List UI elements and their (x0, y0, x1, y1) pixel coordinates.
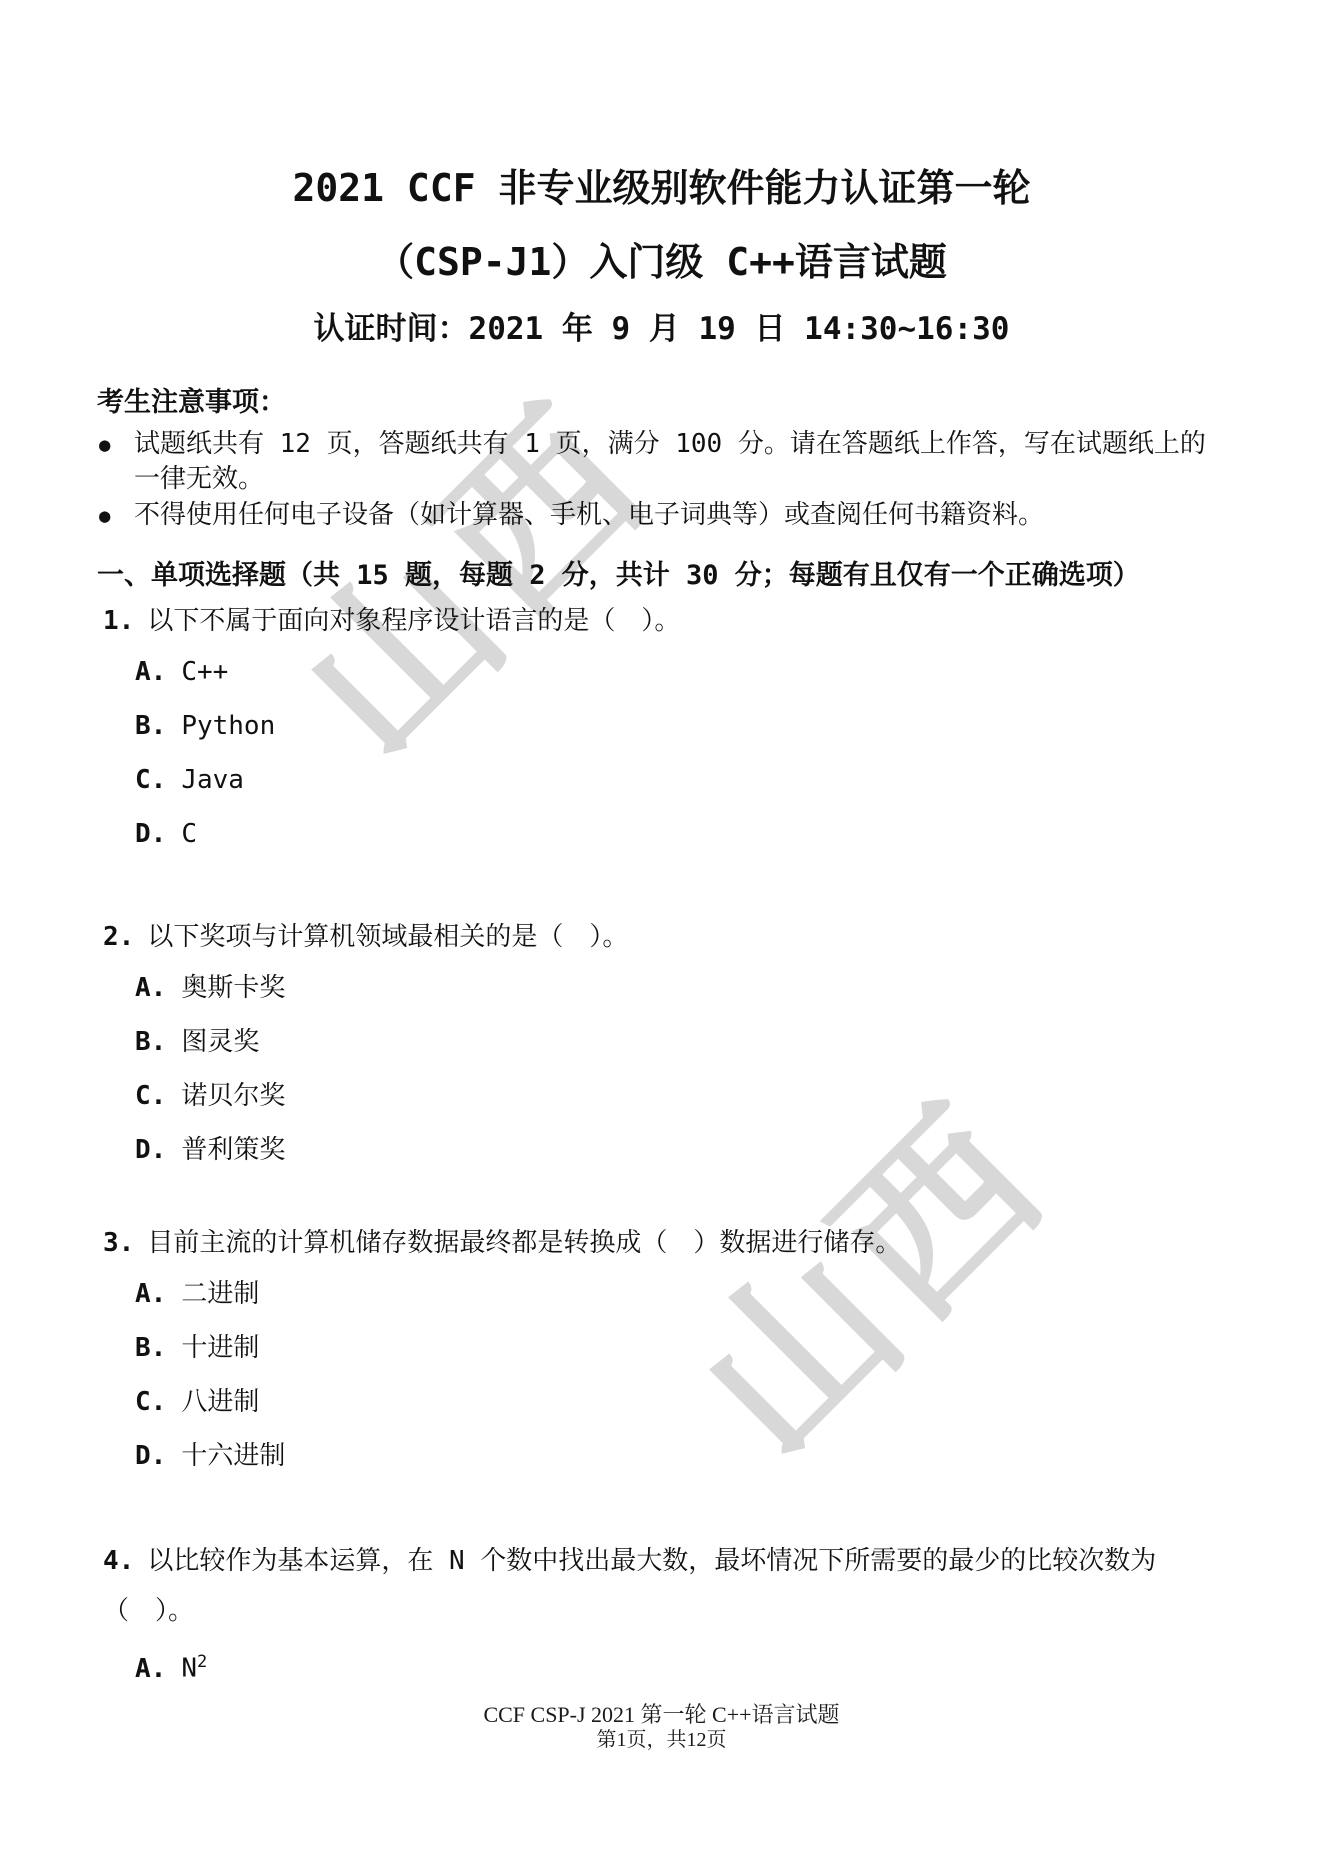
notice-heading: 考生注意事项： (97, 386, 1227, 420)
option-b: B.Python (135, 712, 1227, 740)
option-a: A.N2 (135, 1648, 1227, 1683)
question-1: 1.以下不属于面向对象程序设计语言的是（ ）。 A.C++ B.Python C… (103, 604, 1227, 874)
options-list: A.N2 (135, 1648, 1227, 1683)
option-b: B.图灵奖 (135, 1028, 1227, 1056)
option-letter: A. (135, 657, 166, 687)
question-text: 4.以比较作为基本运算，在 N 个数中找出最大数，最坏情况下所需要的最少的比较次… (103, 1544, 1227, 1578)
option-letter: D. (135, 1441, 166, 1471)
exam-time: 认证时间：2021 年 9 月 19 日 14:30~16:30 (0, 310, 1323, 348)
exam-paper-page: 山西 山西 2021 CCF 非专业级别软件能力认证第一轮 （CSP-J1）入门… (0, 0, 1323, 1871)
option-d: D.十六进制 (135, 1442, 1227, 1470)
option-text: C (181, 819, 197, 849)
question-number: 3. (103, 1228, 134, 1258)
option-c: C.Java (135, 766, 1227, 794)
option-text: 诺贝尔奖 (181, 1081, 285, 1111)
question-2: 2.以下奖项与计算机领域最相关的是（ ）。 A.奥斯卡奖 B.图灵奖 C.诺贝尔… (103, 920, 1227, 1190)
section-heading-single-choice: 一、单项选择题（共 15 题，每题 2 分，共计 30 分；每题有且仅有一个正确… (97, 558, 1227, 594)
page-content: 2021 CCF 非专业级别软件能力认证第一轮 （CSP-J1）入门级 C++语… (0, 0, 1323, 1871)
notice-item-text: 不得使用任何电子设备（如计算器、手机、电子词典等）或查阅任何书籍资料。 (134, 500, 1044, 530)
page-footer: CCF CSP-J 2021 第一轮 C++语言试题 第1页，共12页 (0, 1702, 1323, 1752)
question-number: 1. (103, 606, 134, 636)
option-d: D.普利策奖 (135, 1136, 1227, 1164)
question-text-continued: （ ）。 (103, 1594, 1227, 1628)
options-list: A.奥斯卡奖 B.图灵奖 C.诺贝尔奖 D.普利策奖 (135, 974, 1227, 1164)
options-list: A.二进制 B.十进制 C.八进制 D.十六进制 (135, 1280, 1227, 1470)
exam-title-line1: 2021 CCF 非专业级别软件能力认证第一轮 (0, 166, 1323, 210)
option-text: Java (181, 765, 244, 795)
option-text: 奥斯卡奖 (181, 973, 285, 1003)
option-letter: D. (135, 1135, 166, 1165)
question-text: 3.目前主流的计算机储存数据最终都是转换成（ ）数据进行储存。 (103, 1226, 1227, 1260)
option-d: D.C (135, 820, 1227, 848)
option-a: A.二进制 (135, 1280, 1227, 1308)
option-text: 二进制 (181, 1279, 259, 1309)
question-3: 3.目前主流的计算机储存数据最终都是转换成（ ）数据进行储存。 A.二进制 B.… (103, 1226, 1227, 1496)
option-letter: C. (135, 1081, 166, 1111)
option-letter: B. (135, 1027, 166, 1057)
question-stem: 以比较作为基本运算，在 N 个数中找出最大数，最坏情况下所需要的最少的比较次数为 (147, 1546, 1156, 1576)
option-a: A.奥斯卡奖 (135, 974, 1227, 1002)
question-4: 4.以比较作为基本运算，在 N 个数中找出最大数，最坏情况下所需要的最少的比较次… (103, 1544, 1227, 1709)
notice-item: ● 试题纸共有 12 页，答题纸共有 1 页，满分 100 分。请在答题纸上作答… (97, 427, 1227, 497)
option-text: 十六进制 (181, 1441, 285, 1471)
option-letter: A. (135, 1279, 166, 1309)
footer-page-number: 第1页，共12页 (0, 1728, 1323, 1752)
option-letter: C. (135, 765, 166, 795)
option-text: N (181, 1654, 197, 1684)
question-number: 2. (103, 922, 134, 952)
question-stem: 以下奖项与计算机领域最相关的是（ ）。 (147, 922, 628, 952)
question-text: 1.以下不属于面向对象程序设计语言的是（ ）。 (103, 604, 1227, 638)
option-a: A.C++ (135, 658, 1227, 686)
question-stem: 以下不属于面向对象程序设计语言的是（ ）。 (147, 606, 680, 636)
option-text: Python (181, 711, 275, 741)
option-letter: C. (135, 1387, 166, 1417)
notice-item: ● 不得使用任何电子设备（如计算器、手机、电子词典等）或查阅任何书籍资料。 (97, 498, 1227, 533)
bullet-icon: ● (99, 501, 110, 531)
exam-title-line2: （CSP-J1）入门级 C++语言试题 (0, 240, 1323, 284)
notice-item-text: 试题纸共有 12 页，答题纸共有 1 页，满分 100 分。请在答题纸上作答，写… (134, 429, 1206, 494)
question-stem: 目前主流的计算机储存数据最终都是转换成（ ）数据进行储存。 (147, 1228, 901, 1258)
option-letter: B. (135, 711, 166, 741)
option-text: 图灵奖 (181, 1027, 259, 1057)
option-letter: A. (135, 973, 166, 1003)
notice-section: 考生注意事项： ● 试题纸共有 12 页，答题纸共有 1 页，满分 100 分。… (97, 386, 1227, 534)
question-text: 2.以下奖项与计算机领域最相关的是（ ）。 (103, 920, 1227, 954)
question-number: 4. (103, 1546, 134, 1576)
option-b: B.十进制 (135, 1334, 1227, 1362)
option-letter: D. (135, 819, 166, 849)
option-c: C.八进制 (135, 1388, 1227, 1416)
option-text-superscript: 2 (197, 1652, 207, 1672)
footer-document-title: CCF CSP-J 2021 第一轮 C++语言试题 (0, 1702, 1323, 1728)
bullet-icon: ● (99, 430, 110, 460)
option-text: C++ (181, 657, 228, 687)
options-list: A.C++ B.Python C.Java D.C (135, 658, 1227, 848)
option-text: 十进制 (181, 1333, 259, 1363)
option-text: 八进制 (181, 1387, 259, 1417)
option-c: C.诺贝尔奖 (135, 1082, 1227, 1110)
option-text: 普利策奖 (181, 1135, 285, 1165)
option-letter: B. (135, 1333, 166, 1363)
option-letter: A. (135, 1654, 166, 1684)
